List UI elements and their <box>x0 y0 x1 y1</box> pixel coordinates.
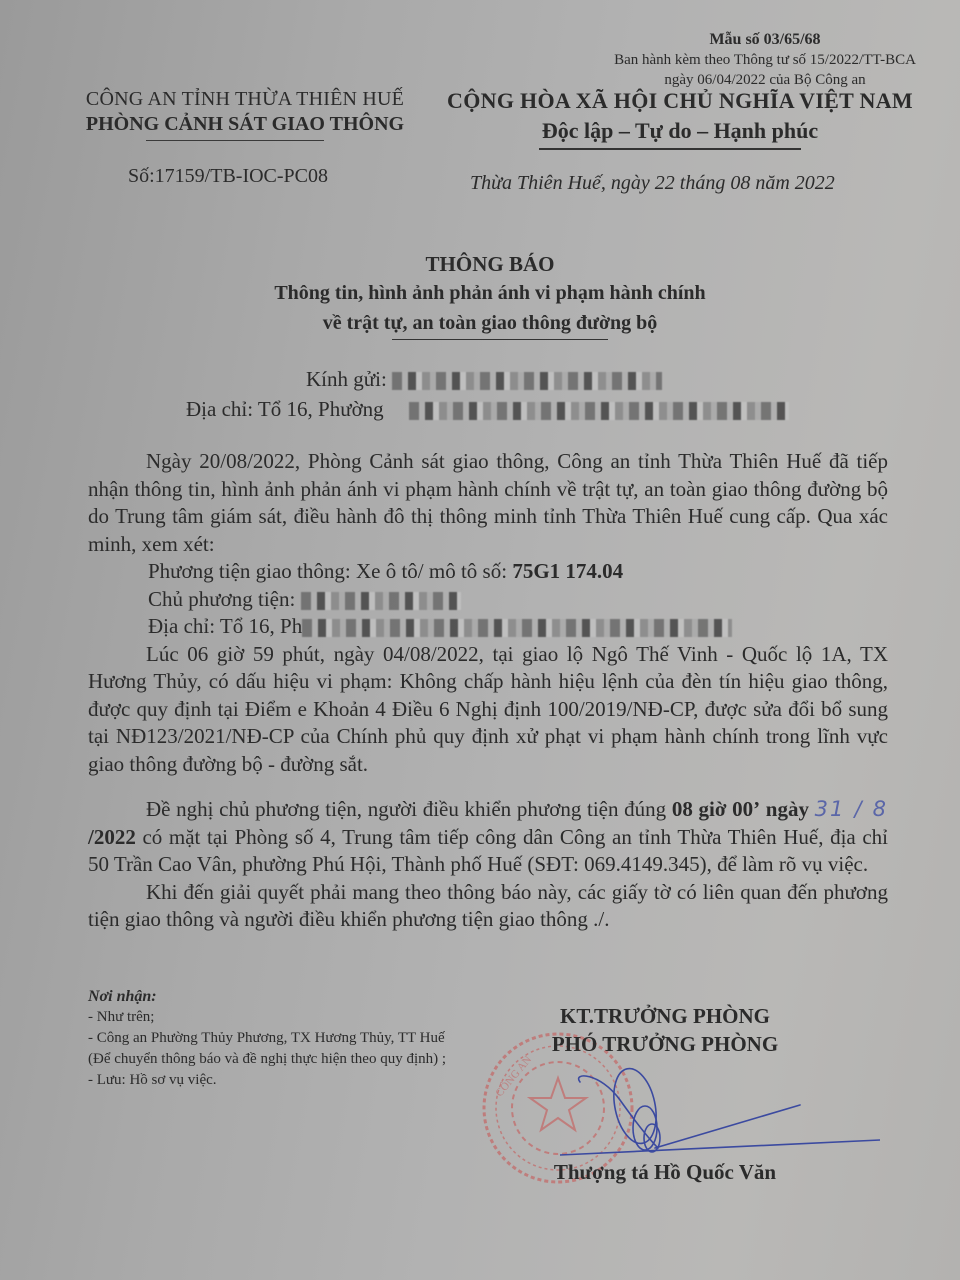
recipient-item: - Lưu: Hồ sơ vụ việc. <box>88 1070 448 1091</box>
form-code-block: Mẫu số 03/65/68 Ban hành kèm theo Thông … <box>600 30 930 90</box>
form-issued-with: Ban hành kèm theo Thông tư số 15/2022/TT… <box>600 50 930 70</box>
appointment-paragraph: Đề nghị chủ phương tiện, người điều khiể… <box>88 796 888 879</box>
signature-block: KT.TRƯỞNG PHÒNG PHÓ TRƯỞNG PHÒNG Thượng … <box>520 1002 810 1185</box>
vehicle-label: Phương tiện giao thông: Xe ô tô/ mô tô s… <box>148 559 512 583</box>
intro-paragraph: Ngày 20/08/2022, Phòng Cảnh sát giao thô… <box>88 448 888 558</box>
request-rest: có mặt tại Phòng số 4, Trung tâm tiếp cô… <box>88 825 888 877</box>
department-name: PHÒNG CẢNH SÁT GIAO THÔNG <box>55 113 435 136</box>
redacted-recipient-name <box>392 372 662 390</box>
document-number: Số:17159/TB-IOC-PC08 <box>128 165 328 188</box>
recipients-heading: Nơi nhận: <box>88 986 448 1007</box>
owner-line: Chủ phương tiện: <box>88 586 888 614</box>
nation-name: CỘNG HÒA XÃ HỘI CHỦ NGHĨA VIỆT NAM <box>440 88 920 114</box>
recipient-item: - Như trên; <box>88 1007 448 1028</box>
appointment-time: 08 giờ 00’ <box>672 797 760 821</box>
title-underline <box>392 339 608 340</box>
title-main: THÔNG BÁO <box>200 252 780 277</box>
form-code: Mẫu số 03/65/68 <box>600 30 930 50</box>
vehicle-line: Phương tiện giao thông: Xe ô tô/ mô tô s… <box>88 558 888 586</box>
owner-address-line: Địa chỉ: Tổ 16, Ph <box>88 613 888 641</box>
recipient-item: - Công an Phường Thủy Phương, TX Hương T… <box>88 1028 448 1070</box>
redacted-recipient-address <box>409 402 789 420</box>
title-line-1: Thông tin, hình ảnh phản ánh vi phạm hàn… <box>200 279 780 307</box>
redacted-owner-name <box>301 592 461 610</box>
motto-underline <box>539 148 801 150</box>
request-start: Đề nghị chủ phương tiện, người điều khiể… <box>146 797 672 821</box>
recipient-label: Kính gửi: <box>306 367 387 391</box>
place-date: Thừa Thiên Huế, ngày 22 tháng 08 năm 202… <box>470 172 835 195</box>
owner-label: Chủ phương tiện: <box>148 587 295 611</box>
appointment-year: /2022 <box>88 825 136 849</box>
redacted-owner-address <box>302 619 732 637</box>
handwritten-date: 31 / 8 <box>815 797 888 821</box>
national-header: CỘNG HÒA XÃ HỘI CHỦ NGHĨA VIỆT NAM Độc l… <box>440 88 920 150</box>
signer-role-2: PHÓ TRƯỞNG PHÒNG <box>520 1030 810 1058</box>
recipient-address-label: Địa chỉ: Tổ 16, Phường <box>186 397 384 421</box>
issuing-agency-header: CÔNG AN TỈNH THỪA THIÊN HUẾ PHÒNG CẢNH S… <box>55 88 435 141</box>
notice-body: Ngày 20/08/2022, Phòng Cảnh sát giao thô… <box>88 448 888 934</box>
title-line-2: về trật tự, an toàn giao thông đường bộ <box>200 309 780 337</box>
signer-role-1: KT.TRƯỞNG PHÒNG <box>520 1002 810 1030</box>
closing-paragraph: Khi đến giải quyết phải mang theo thông … <box>88 879 888 934</box>
violation-paragraph: Lúc 06 giờ 59 phút, ngày 04/08/2022, tại… <box>88 641 888 779</box>
recipient-block: Kính gửi: Địa chỉ: Tổ 16, Phường <box>186 364 789 424</box>
agency-name: CÔNG AN TỈNH THỪA THIÊN HUẾ <box>55 88 435 111</box>
owner-address-label: Địa chỉ: Tổ 16, Ph <box>148 614 302 638</box>
department-underline <box>146 140 324 141</box>
signer-name: Thượng tá Hồ Quốc Văn <box>520 1160 810 1185</box>
form-issued-date: ngày 06/04/2022 của Bộ Công an <box>600 70 930 90</box>
document-title: THÔNG BÁO Thông tin, hình ảnh phản ánh v… <box>200 252 780 340</box>
appointment-day-label: ngày <box>766 797 809 821</box>
recipients-list: Nơi nhận: - Như trên; - Công an Phường T… <box>88 986 448 1091</box>
vehicle-plate: 75G1 174.04 <box>512 559 623 583</box>
national-motto: Độc lập – Tự do – Hạnh phúc <box>440 118 920 144</box>
